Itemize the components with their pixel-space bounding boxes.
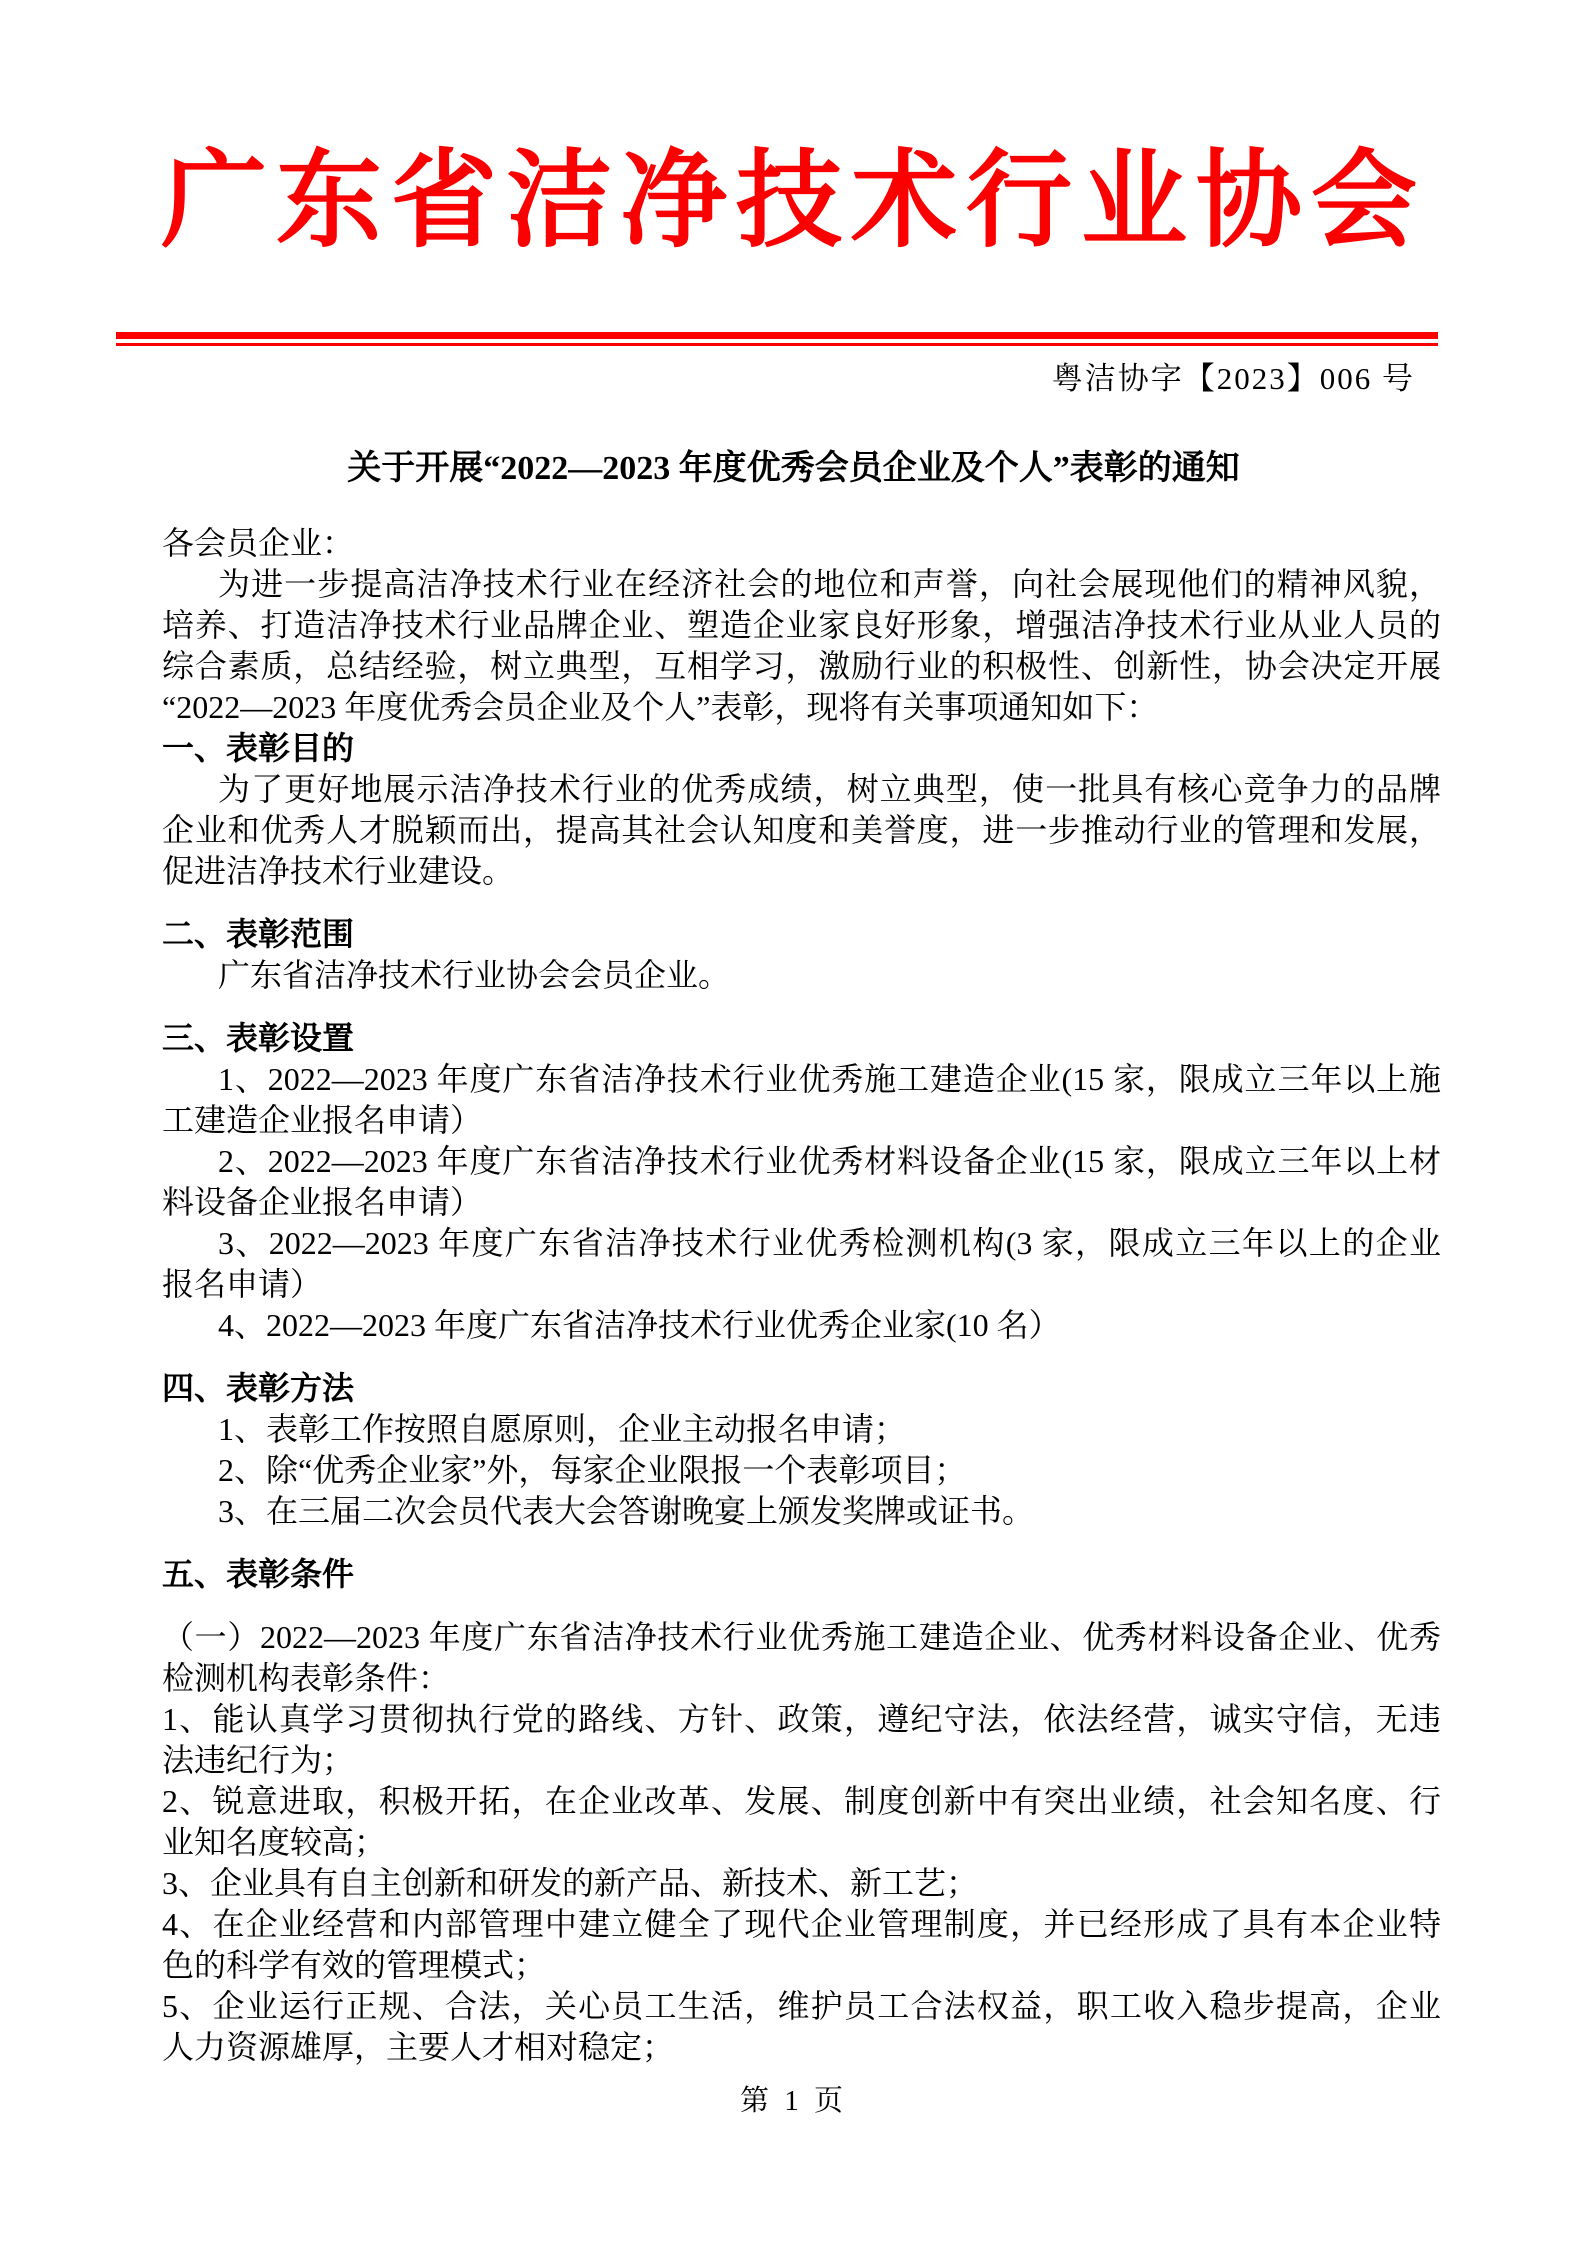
text-line: （一）2022—2023 年度广东省洁净技术行业优秀施工建造企业、优秀材料设备企… [162,1617,1441,1658]
text-line: 检测机构表彰条件： [162,1658,1441,1699]
text-line: 色的科学有效的管理模式； [162,1945,1441,1986]
document-page: 广东省洁净技术行业协会 粤洁协字【2023】006 号 关于开展“2022—20… [0,0,1587,2245]
text-line: 2、除“优秀企业家”外，每家企业限报一个表彰项目； [162,1450,1441,1491]
text-line: 4、2022—2023 年度广东省洁净技术行业优秀企业家(10 名） [162,1305,1441,1346]
section-heading: 五、表彰条件 [162,1554,1441,1595]
text-line: 5、企业运行正规、合法，关心员工生活，维护员工合法权益，职工收入稳步提高，企业 [162,1986,1441,2027]
paragraph: 广东省洁净技术行业协会会员企业。 [162,955,1441,996]
text-line: 法违纪行为； [162,1740,1441,1781]
paragraph: 为进一步提高洁净技术行业在经济社会的地位和声誉，向社会展现他们的精神风貌，培养、… [162,564,1441,728]
section: 二、表彰范围 [162,914,1441,955]
text-line: 3、企业具有自主创新和研发的新产品、新技术、新工艺； [162,1863,1441,1904]
org-title: 广东省洁净技术行业协会 [0,118,1587,286]
section: 一、表彰目的 [162,728,1441,769]
paragraph: 各会员企业： [162,523,1441,564]
text-line: 促进洁净技术行业建设。 [162,851,1441,892]
text-line: 2、2022—2023 年度广东省洁净技术行业优秀材料设备企业(15 家，限成立… [162,1141,1441,1182]
text-line: 企业和优秀人才脱颖而出，提高其社会认知度和美誉度，进一步推动行业的管理和发展， [162,810,1441,851]
text-line: 1、表彰工作按照自愿原则，企业主动报名申请； [162,1409,1441,1450]
text-line: 综合素质，总结经验，树立典型，互相学习，激励行业的积极性、创新性，协会决定开展 [162,646,1441,687]
page-number: 第 1 页 [0,2084,1587,2118]
text-line: 培养、打造洁净技术行业品牌企业、塑造企业家良好形象，增强洁净技术行业从业人员的 [162,605,1441,646]
text-line: “2022—2023 年度优秀会员企业及个人”表彰，现将有关事项通知如下： [162,687,1441,728]
section: 三、表彰设置 [162,1018,1441,1059]
text-line: 1、2022—2023 年度广东省洁净技术行业优秀施工建造企业(15 家，限成立… [162,1059,1441,1100]
text-line: 为了更好地展示洁净技术行业的优秀成绩，树立典型，使一批具有核心竞争力的品牌 [162,769,1441,810]
section-heading: 二、表彰范围 [162,914,1441,955]
paragraph: 为了更好地展示洁净技术行业的优秀成绩，树立典型，使一批具有核心竞争力的品牌企业和… [162,769,1441,892]
text-line: 为进一步提高洁净技术行业在经济社会的地位和声誉，向社会展现他们的精神风貌， [162,564,1441,605]
text-line: 人力资源雄厚，主要人才相对稳定； [162,2027,1441,2068]
text-line: 3、在三届二次会员代表大会答谢晚宴上颁发奖牌或证书。 [162,1491,1441,1532]
section: 五、表彰条件 [162,1554,1441,1595]
section-heading: 一、表彰目的 [162,728,1441,769]
paragraph: 1、2022—2023 年度广东省洁净技术行业优秀施工建造企业(15 家，限成立… [162,1059,1441,1346]
text-line: 4、在企业经营和内部管理中建立健全了现代企业管理制度，并已经形成了具有本企业特 [162,1904,1441,1945]
text-line: 各会员企业： [162,523,1441,564]
paragraph: 1、表彰工作按照自愿原则，企业主动报名申请；2、除“优秀企业家”外，每家企业限报… [162,1409,1441,1532]
doc-number: 粤洁协字【2023】006 号 [0,361,1415,397]
text-line: 工建造企业报名申请） [162,1100,1441,1141]
document-body: 各会员企业：为进一步提高洁净技术行业在经济社会的地位和声誉，向社会展现他们的精神… [162,523,1441,2068]
section-heading: 四、表彰方法 [162,1368,1441,1409]
section: 四、表彰方法 [162,1368,1441,1409]
text-line: 2、锐意进取，积极开拓，在企业改革、发展、制度创新中有突出业绩，社会知名度、行 [162,1781,1441,1822]
paragraph: 1、能认真学习贯彻执行党的路线、方针、政策，遵纪守法，依法经营，诚实守信，无违法… [162,1699,1441,2068]
text-line: 料设备企业报名申请） [162,1182,1441,1223]
text-line: 业知名度较高； [162,1822,1441,1863]
paragraph: （一）2022—2023 年度广东省洁净技术行业优秀施工建造企业、优秀材料设备企… [162,1617,1441,1699]
text-line: 报名申请） [162,1264,1441,1305]
header-rule-thin [116,343,1438,346]
text-line: 3、2022—2023 年度广东省洁净技术行业优秀检测机构(3 家，限成立三年以… [162,1223,1441,1264]
text-line: 广东省洁净技术行业协会会员企业。 [162,955,1441,996]
notice-title: 关于开展“2022—2023 年度优秀会员企业及个人”表彰的通知 [0,449,1587,489]
header-rule-thick [116,332,1438,346]
section-heading: 三、表彰设置 [162,1018,1441,1059]
text-line: 1、能认真学习贯彻执行党的路线、方针、政策，遵纪守法，依法经营，诚实守信，无违 [162,1699,1441,1740]
